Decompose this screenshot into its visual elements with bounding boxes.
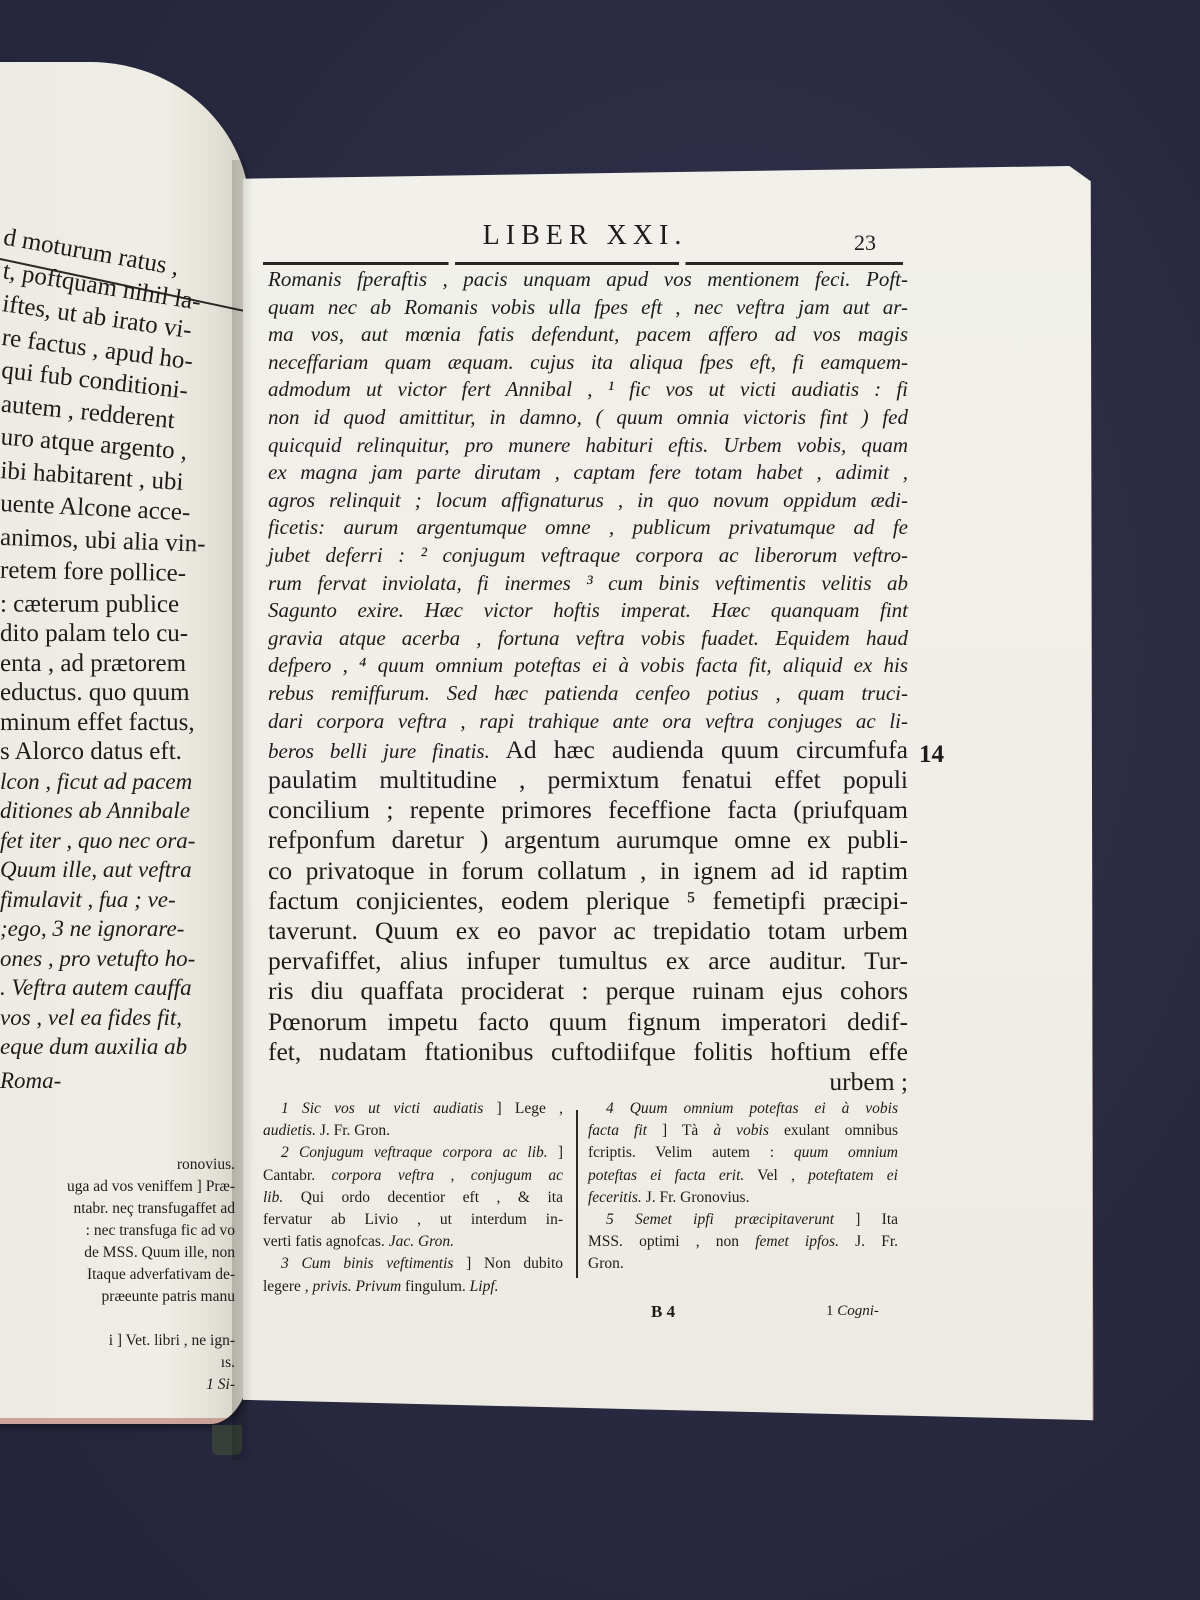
footnote-fragment: ] <box>548 1144 563 1161</box>
catchword-number: 1 <box>826 1303 834 1319</box>
book-gutter <box>232 160 254 1460</box>
footnote-line: audietis. J. Fr. Gron. <box>263 1120 563 1142</box>
text-line: pervafiffet, alius infuper tumultus ex a… <box>268 946 908 976</box>
text-line: paulatim multitudine , permixtum fenatui… <box>268 765 908 795</box>
left-text-line: : cæterum publice <box>0 590 245 618</box>
footnote-fragment: legere , <box>263 1278 312 1295</box>
footnote-fragment: Jac. Gron. <box>389 1233 454 1250</box>
left-footnote-line: ıs. <box>0 1352 235 1374</box>
footnote-fragment: femet ipfos. <box>755 1233 839 1250</box>
footnote-fragment: Gron. <box>588 1255 624 1272</box>
text-line: agros relinquit ; locum affignaturus , i… <box>268 487 908 515</box>
footnote-line: feceritis. J. Fr. Gronovius. <box>588 1187 898 1209</box>
footnote-fragment: fervatur ab Livio , ut interdum in- <box>263 1211 563 1228</box>
text-line: ma vos, aut mœnia fatis defendunt, pacem… <box>268 321 908 349</box>
footnote-fragment: corpora veftra , conjugum ac <box>332 1167 563 1184</box>
text-line: rum fervat inviolata, fi inermes ³ cum b… <box>268 570 908 598</box>
left-text-line: ;ego, 3 ne ignorare- <box>0 915 245 943</box>
text-line: dari corpora veftra , rapi trahique ante… <box>268 708 908 736</box>
footnote-fragment: feceritis. <box>588 1189 642 1206</box>
footnote-line: Gron. <box>588 1253 898 1275</box>
left-text-line: lcon , ficut ad pacem <box>0 768 245 796</box>
main-text: Romanis fperaftis , pacis unquam apud vo… <box>268 266 908 1097</box>
text-line: rebus remiffurum. Sed hæc patienda cenfe… <box>268 680 908 708</box>
footnote-fragment: 1 Sic vos ut victi audiatis <box>281 1100 483 1117</box>
right-page: LIBER XXI. 23 Romanis fperaftis , pacis … <box>243 166 1095 1438</box>
footnote-fragment: privis. Privum <box>312 1278 401 1295</box>
left-footnote-line: de MSS. Quum ille, non <box>0 1242 235 1264</box>
footnote-fragment: 2 Conjugum veftraque corpora ac lib. <box>281 1144 548 1161</box>
footnotes-column-left: 1 Sic vos ut victi audiatis ] Lege ,audi… <box>263 1098 563 1298</box>
left-page-footnotes: ronovius.uga ad vos veniffem ] Præ-ntabr… <box>0 1154 235 1396</box>
text-line: neceffariam quam æquam. cujus ita aliqua… <box>268 349 908 377</box>
left-text-line: ones , pro vetufto ho- <box>0 945 245 973</box>
footnote-fragment: lib. <box>263 1189 283 1206</box>
left-text-line: eductus. quo quum <box>0 679 245 707</box>
left-catchword: 1 Si- <box>0 1374 235 1396</box>
footnote-line: 5 Semet ipfi præcipitaverunt ] Ita <box>588 1209 898 1231</box>
text-line: defpero , ⁴ quum omnium poteftas ei à vo… <box>268 652 908 680</box>
left-footnote-line: præeunte patris manu <box>0 1286 235 1308</box>
running-head: LIBER XXI. <box>465 220 705 252</box>
catchword-word: Cogni- <box>837 1303 879 1319</box>
footnote-fragment: 3 Cum binis veftimentis <box>281 1255 453 1272</box>
left-footnote-line: Itaque adverfativam de- <box>0 1264 235 1286</box>
footnote-fragment: Cantabr. <box>263 1167 332 1184</box>
text-line-italic-part: beros belli jure finatis. <box>268 739 490 763</box>
text-line: taverunt. Quum ex eo pavor ac trepidatio… <box>268 916 908 946</box>
footnote-fragment: verti fatis agnofcas. <box>263 1233 389 1250</box>
text-line: non id quod amittitur, in damno, ( quum … <box>268 404 908 432</box>
left-text-line: fimulavit , fua ; ve- <box>0 886 245 914</box>
footnote-fragment: Lipf. <box>470 1278 499 1295</box>
footnotes-column-right: 4 Quum omnium poteftas ei à vobisfacta f… <box>588 1098 898 1276</box>
footnote-fragment: MSS. optimi , non <box>588 1233 755 1250</box>
footnote-line: 1 Sic vos ut victi audiatis ] Lege , <box>263 1098 563 1120</box>
footnote-fragment: exulant omnibus <box>769 1122 898 1139</box>
text-line: refponfum daretur ) argentum aurumque om… <box>268 825 908 855</box>
left-text-line: dito palam telo cu- <box>0 620 245 648</box>
footnote-fragment: poteftas ei facta erit. <box>588 1167 744 1184</box>
left-page: d moturum ratus ,t, poftquam nihil la-if… <box>0 62 250 1424</box>
footnote-line: lib. Qui ordo decentior eft , & ita <box>263 1187 563 1209</box>
footnote-fragment: fcriptis. Velim autem : <box>588 1144 794 1161</box>
left-text-line: . Veftra autem cauffa <box>0 974 245 1002</box>
text-line: jubet deferri : ² conjugum veftraque cor… <box>268 542 908 570</box>
text-line: fet, nudatam ftationibus cuftodiifque fo… <box>268 1037 908 1067</box>
footnote-fragment: ] Lege , <box>483 1100 563 1117</box>
footnote-fragment: fingulum. <box>401 1278 469 1295</box>
footnote-line: Cantabr. corpora veftra , conjugum ac <box>263 1165 563 1187</box>
footnote-fragment: Vel , <box>744 1167 808 1184</box>
footnote-fragment: J. Fr. Gron. <box>316 1122 390 1139</box>
footnote-fragment: facta fit <box>588 1122 647 1139</box>
footnote-line: 4 Quum omnium poteftas ei à vobis <box>588 1098 898 1120</box>
left-text-line: eque dum auxilia ab <box>0 1033 245 1061</box>
footnote-fragment: J. Fr. Gronovius. <box>642 1189 750 1206</box>
footnote-line: MSS. optimi , non femet ipfos. J. Fr. <box>588 1231 898 1253</box>
left-text-line: retem fore pollice- <box>0 557 245 589</box>
text-line: ficetis: aurum argentumque omne , public… <box>268 514 908 542</box>
footnote-line: poteftas ei facta erit. Vel , poteftatem… <box>588 1165 898 1187</box>
footnote-fragment: audietis. <box>263 1122 316 1139</box>
left-text-line: Quum ille, aut veftra <box>0 856 245 884</box>
text-line: quicquid relinquitur, pro munere habitur… <box>268 432 908 460</box>
footnote-line: 3 Cum binis veftimentis ] Non dubito <box>263 1253 563 1275</box>
footnote-fragment: Qui ordo decentior eft , & ita <box>283 1189 563 1206</box>
text-line: co privatoque in forum collatum , in ign… <box>268 856 908 886</box>
left-text-line: animos, ubi alia vin- <box>0 523 245 559</box>
footnote-line: facta fit ] Tà à vobis exulant omnibus <box>588 1120 898 1142</box>
left-text-line: fet iter , quo nec ora- <box>0 827 245 855</box>
left-footnote-line: uga ad vos veniffem ] Præ- <box>0 1176 235 1198</box>
text-line: Romanis fperaftis , pacis unquam apud vo… <box>268 266 908 294</box>
text-line: beros belli jure finatis. Ad hæc audiend… <box>268 735 908 765</box>
footnote-fragment: poteftatem ei <box>808 1167 898 1184</box>
text-line: quam nec ab Romanis vobis ulla fpes eft … <box>268 294 908 322</box>
footnote-fragment: quum omnium <box>794 1144 898 1161</box>
text-line: ris diu quaffata prociderat : perque rui… <box>268 976 908 1006</box>
signature-mark: B 4 <box>651 1302 675 1322</box>
footnote-fragment: à vobis <box>713 1122 769 1139</box>
left-text-line: vos , vel ea fides fit, <box>0 1004 245 1032</box>
left-footnote-line: i ] Vet. libri , ne ign- <box>0 1330 235 1352</box>
left-text-line: s Alorco datus eft. <box>0 738 245 766</box>
left-footnote-line: ntabr. neç transfugaffet ad <box>0 1198 235 1220</box>
left-text-line: enta , ad prætorem <box>0 650 245 678</box>
head-rule <box>263 262 903 265</box>
footnote-line: fcriptis. Velim autem : quum omnium <box>588 1142 898 1164</box>
left-text-line: minum effet factus, <box>0 709 245 737</box>
left-footnote-line: ronovius. <box>0 1154 235 1176</box>
catchword: 1 Cogni- <box>826 1303 879 1320</box>
footnote-column-rule <box>576 1110 578 1278</box>
footnote-line: verti fatis agnofcas. Jac. Gron. <box>263 1231 563 1253</box>
left-page-red-edge <box>0 1418 250 1424</box>
footnote-fragment: ] Ita <box>834 1211 898 1228</box>
text-line: urbem ; <box>268 1067 908 1097</box>
left-text-line: ditiones ab Annibale <box>0 797 245 825</box>
footnote-fragment: 4 Quum omnium poteftas ei à vobis <box>606 1100 898 1117</box>
text-line: factum conjicientes, eodem plerique ⁵ fe… <box>268 886 908 916</box>
page-number: 23 <box>854 230 876 256</box>
footnote-line: legere , privis. Privum fingulum. Lipf. <box>263 1276 563 1298</box>
footnote-fragment: J. Fr. <box>839 1233 898 1250</box>
footnote-line: 2 Conjugum veftraque corpora ac lib. ] <box>263 1142 563 1164</box>
footnote-fragment: ] Tà <box>647 1122 713 1139</box>
left-footnote-line: : nec transfuga fic ad vo <box>0 1220 235 1242</box>
right-page-red-edge <box>1092 166 1095 1438</box>
text-line: Pœnorum impetu facto quum fignum imperat… <box>268 1007 908 1037</box>
text-line: ex magna jam parte dirutam , captam fere… <box>268 459 908 487</box>
footnote-line: fervatur ab Livio , ut interdum in- <box>263 1209 563 1231</box>
left-text-line: Roma- <box>0 1067 245 1095</box>
margin-chapter-number: 14 <box>919 741 944 769</box>
text-line: concilium ; repente primores feceffione … <box>268 795 908 825</box>
text-line: gravia atque acerba , fortuna veftra vob… <box>268 625 908 653</box>
footnote-fragment: ] Non dubito <box>453 1255 563 1272</box>
text-line: admodum ut victor fert Annibal , ¹ fic v… <box>268 376 908 404</box>
text-line: Sagunto exire. Hæc victor hoftis imperat… <box>268 597 908 625</box>
text-line-roman-part: Ad hæc audienda quum circumfufa <box>490 735 908 764</box>
left-footnote-line <box>0 1308 235 1330</box>
footnote-fragment: 5 Semet ipfi præcipitaverunt <box>606 1211 834 1228</box>
